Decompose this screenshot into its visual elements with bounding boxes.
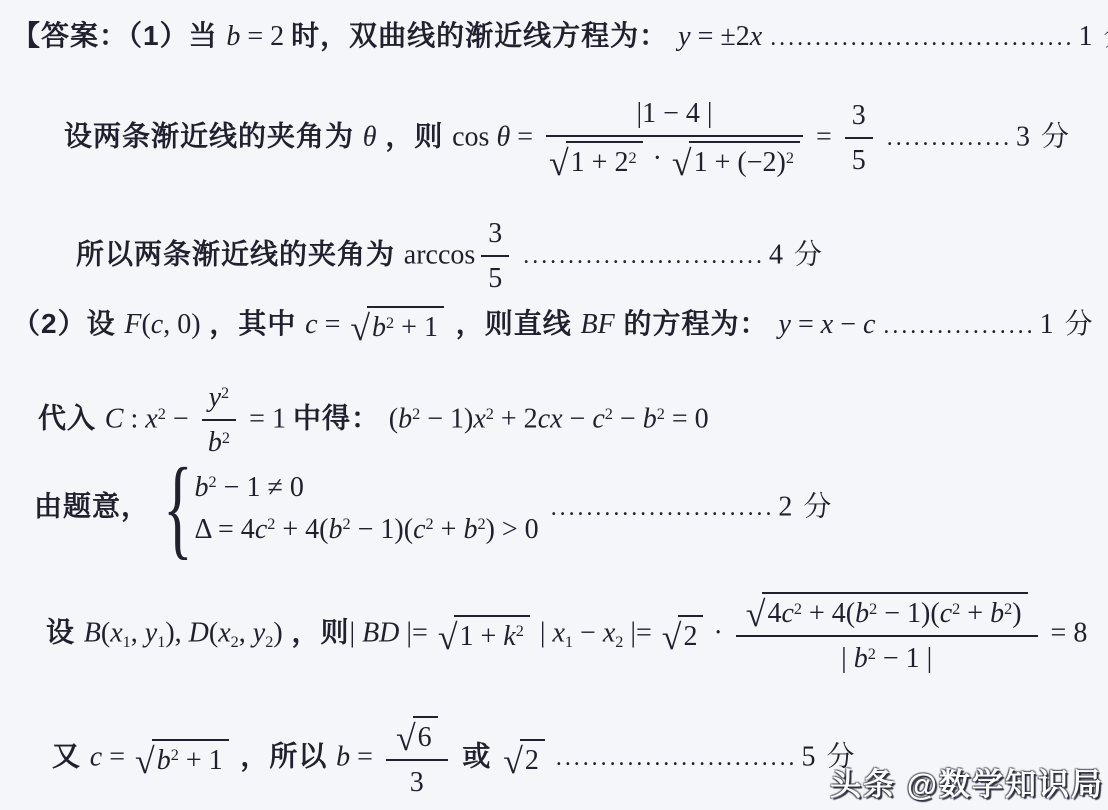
superscript: 2 <box>605 405 613 423</box>
math-variable: x <box>473 403 485 434</box>
math-variable: y <box>779 309 791 340</box>
radicand: b2 + 1 <box>367 306 444 345</box>
text-run: 或 <box>454 740 501 771</box>
square-root: √1 + k2 <box>438 615 530 654</box>
math-variable: cx <box>538 403 563 434</box>
system-rows: b2 − 1 ≠ 0Δ = 4c2 + 4(b2 − 1)(c2 + b2) >… <box>195 463 539 554</box>
math-run: ( <box>209 617 218 648</box>
superscript: 2 <box>343 515 351 533</box>
square-root: √b2 + 1 <box>135 739 229 778</box>
system-row: Δ = 4c2 + 4(b2 − 1)(c2 + b2) > 0 <box>195 512 539 547</box>
math-run: , <box>131 617 145 648</box>
math-run: − 1) <box>420 403 473 434</box>
math-variable: b <box>398 403 412 434</box>
subscript: 2 <box>615 633 623 651</box>
math-variable: θ <box>496 121 510 152</box>
math-variable: c <box>781 598 793 629</box>
superscript: 2 <box>221 384 229 402</box>
fraction-denominator: 5 <box>845 139 873 178</box>
square-root: √2 <box>662 615 704 654</box>
math-variable: x <box>218 617 230 648</box>
dot-leader: ................. <box>883 313 1035 339</box>
math-variable: b <box>463 514 477 545</box>
superscript: 2 <box>952 600 960 618</box>
line-6-conditions: 由题意， {b2 − 1 ≠ 0Δ = 4c2 + 4(b2 − 1)(c2 +… <box>34 462 833 554</box>
fraction-numerator: √6 <box>386 716 448 761</box>
superscript: 2 <box>868 645 876 663</box>
text-run: 【答案：（1）当 <box>12 20 226 51</box>
superscript: 2 <box>412 405 420 423</box>
math-run: |1 − 4 | <box>636 98 712 129</box>
toutiao-watermark: 头条 @数学知识局 <box>830 759 1104 804</box>
math-variable: c <box>413 514 425 545</box>
math-run: 1 + (−2) <box>694 147 786 178</box>
superscript: 2 <box>209 473 217 491</box>
math-run: ), <box>165 617 188 648</box>
math-run: 5 <box>488 263 502 294</box>
math-run: + 2 <box>494 403 538 434</box>
dot-leader: ........................... <box>556 745 798 771</box>
math-run: |= <box>623 617 658 648</box>
superscript: 2 <box>171 746 179 764</box>
score-label: 4 分 <box>769 239 824 270</box>
math-run: + <box>960 598 990 629</box>
math-run: | <box>533 617 553 648</box>
math-run: − <box>573 617 603 648</box>
text-run: 的方程为： <box>615 308 769 339</box>
math-variable: y <box>253 617 265 648</box>
fraction-numerator: y2 <box>202 380 237 421</box>
math-run: 6 <box>418 722 432 753</box>
math-run: = <box>102 741 132 772</box>
text-run: ，则 <box>283 616 350 647</box>
fraction-numerator: |1 − 4 | <box>546 96 803 137</box>
score-label: 2 分 <box>778 491 833 522</box>
math-variable: BD <box>362 617 399 648</box>
dot-leader: .............. <box>887 125 1012 151</box>
math-run: · <box>706 617 729 648</box>
math-run: cos <box>452 121 496 152</box>
fraction-denominator: b2 <box>202 421 237 460</box>
subscript: 1 <box>157 633 165 651</box>
math-variable: b <box>643 403 657 434</box>
superscript: 2 <box>869 600 877 618</box>
math-run: + 4( <box>275 514 328 545</box>
radicand: 6 <box>413 716 438 755</box>
math-variable: x <box>821 309 833 340</box>
score-label: 1 分 <box>1040 309 1095 340</box>
math-run: ) <box>273 617 282 648</box>
math-run: arccos <box>404 239 476 270</box>
math-run: ( <box>141 309 150 340</box>
math-run: + 1 <box>179 745 223 776</box>
fraction-denominator: 5 <box>481 257 509 296</box>
left-brace: { <box>163 462 193 554</box>
math-run: = <box>350 741 380 772</box>
text-run: ，所以 <box>232 740 337 771</box>
line-7-bd-length: 设 B(x1, y1), D(x2, y2) ，则| BD |= √1 + k2… <box>46 592 1087 676</box>
math-variable: b <box>855 598 869 629</box>
math-run: 3 <box>852 100 866 131</box>
math-run: = 8 <box>1044 617 1088 648</box>
math-run: |= <box>399 617 434 648</box>
math-run: | <box>841 643 854 674</box>
math-run: : <box>123 403 145 434</box>
line-4-line-bf: （2）设 F(c, 0) ，其中 c = √b2 + 1 ，则直线 BF 的方程… <box>12 306 1095 345</box>
system-row: b2 − 1 ≠ 0 <box>195 470 539 505</box>
fraction: √63 <box>386 716 448 800</box>
text-run: 代入 <box>38 402 105 433</box>
fraction-denominator: 3 <box>386 761 448 800</box>
superscript: 2 <box>386 314 394 332</box>
math-run: Δ = 4 <box>195 514 255 545</box>
math-variable: x <box>145 403 157 434</box>
math-run: = 2 <box>240 21 291 52</box>
superscript: 2 <box>486 405 494 423</box>
superscript: 2 <box>477 515 485 533</box>
math-run: − <box>833 309 863 340</box>
math-run: 1 + <box>459 621 503 652</box>
text-run: ，其中 <box>201 308 306 339</box>
math-run: = 1 <box>242 403 293 434</box>
superscript: 2 <box>628 149 636 167</box>
math-run: − <box>563 403 593 434</box>
math-variable: b <box>990 598 1004 629</box>
line-5-substitute: 代入 C : x2 − y2b2 = 1 中得： (b2 − 1)x2 + 2c… <box>38 380 709 460</box>
text-run: （2）设 <box>12 308 124 339</box>
math-variable: C <box>105 403 124 434</box>
square-root: √1 + 22 <box>549 141 643 180</box>
math-run: · <box>646 143 669 174</box>
math-run: 2 <box>683 621 697 652</box>
radicand: 2 <box>678 615 703 654</box>
fraction: 35 <box>481 216 509 296</box>
math-variable: B <box>84 617 101 648</box>
math-variable: c <box>940 598 952 629</box>
math-run: 3 <box>410 767 424 798</box>
math-variable: c <box>90 741 102 772</box>
fraction-numerator: 3 <box>481 216 509 257</box>
fraction-denominator: | b2 − 1 | <box>736 637 1038 676</box>
dot-leader: ........................... <box>523 243 765 269</box>
math-variable: b <box>226 21 240 52</box>
superscript: 2 <box>267 515 275 533</box>
math-run: 1 + 2 <box>571 147 629 178</box>
radicand: 4c2 + 4(b2 − 1)(c2 + b2) <box>762 592 1027 631</box>
superscript: 2 <box>786 149 794 167</box>
math-run: 2 <box>525 745 539 776</box>
math-run: − 1)( <box>351 514 413 545</box>
math-run: = <box>510 121 540 152</box>
radicand: 1 + 22 <box>566 141 643 180</box>
math-run: ( <box>101 617 110 648</box>
math-variable: x <box>750 21 762 52</box>
math-run: = 0 <box>665 403 709 434</box>
math-run: = <box>809 121 839 152</box>
math-variable: x <box>110 617 122 648</box>
math-variable: b <box>195 472 209 503</box>
math-run: = <box>791 309 821 340</box>
equation-system: {b2 − 1 ≠ 0Δ = 4c2 + 4(b2 − 1)(c2 + b2) … <box>163 462 539 554</box>
fraction: √4c2 + 4(b2 − 1)(c2 + b2)| b2 − 1 | <box>736 592 1038 676</box>
math-run: 5 <box>852 145 866 176</box>
math-run: − <box>166 403 196 434</box>
score-label: 1 分 <box>1079 21 1108 52</box>
math-run: − 1 | <box>876 643 932 674</box>
math-variable: y <box>209 382 221 413</box>
superscript: 2 <box>1004 600 1012 618</box>
superscript: 2 <box>516 622 524 640</box>
dot-leader: .................................. <box>770 25 1074 51</box>
subscript: 1 <box>565 633 573 651</box>
superscript: 2 <box>426 515 434 533</box>
math-run: ) > 0 <box>486 514 539 545</box>
superscript: 2 <box>222 429 230 447</box>
text-run: 设两条渐近线的夹角为 <box>64 120 363 151</box>
line-8-b-values: 又 c = √b2 + 1 ，所以 b = √63 或 √2..........… <box>52 716 857 800</box>
superscript: 2 <box>794 600 802 618</box>
fraction: 35 <box>845 98 873 178</box>
math-run: | <box>349 617 362 648</box>
fraction-numerator: √4c2 + 4(b2 − 1)(c2 + b2) <box>736 592 1038 637</box>
superscript: 2 <box>158 405 166 423</box>
math-variable: c <box>863 309 875 340</box>
text-run: ，则 <box>377 120 453 151</box>
text-run: 由题意， <box>34 490 159 521</box>
math-variable: θ <box>363 121 377 152</box>
text-run: 中得： <box>293 402 389 433</box>
math-variable: x <box>552 617 564 648</box>
math-variable: F <box>124 309 141 340</box>
text-run: ，则直线 <box>447 308 581 339</box>
math-variable: b <box>336 741 350 772</box>
math-run: − <box>613 403 643 434</box>
line-3-arccos: 所以两条渐近线的夹角为 arccos35....................… <box>76 216 824 296</box>
subscript: 2 <box>265 633 273 651</box>
line-2-cos-theta: 设两条渐近线的夹角为 θ ，则 cos θ = |1 − 4 |√1 + 22 … <box>64 96 1071 180</box>
math-variable: c <box>151 309 163 340</box>
math-run: + 1 <box>394 312 438 343</box>
superscript: 2 <box>657 405 665 423</box>
math-variable: y <box>678 21 690 52</box>
square-root: √2 <box>503 739 545 778</box>
radicand: b2 + 1 <box>152 739 229 778</box>
math-run: + <box>434 514 464 545</box>
fraction: |1 − 4 |√1 + 22 · √1 + (−2)2 <box>546 96 803 180</box>
score-label: 3 分 <box>1016 121 1071 152</box>
text-run: 所以两条渐近线的夹角为 <box>76 238 404 269</box>
square-root: √4c2 + 4(b2 − 1)(c2 + b2) <box>746 592 1028 631</box>
math-variable: D <box>189 617 209 648</box>
square-root: √1 + (−2)2 <box>672 141 800 180</box>
math-variable: x <box>603 617 615 648</box>
subscript: 1 <box>123 633 131 651</box>
math-variable: y <box>145 617 157 648</box>
math-variable: b <box>157 745 171 776</box>
math-variable: c <box>305 309 317 340</box>
math-variable: b <box>854 643 868 674</box>
math-variable: b <box>372 312 386 343</box>
math-run: , <box>239 617 253 648</box>
math-run: , 0) <box>163 309 200 340</box>
math-run: + 4( <box>802 598 855 629</box>
math-variable: BF <box>581 309 615 340</box>
square-root: √6 <box>396 716 438 755</box>
fraction-denominator: √1 + 22 · √1 + (−2)2 <box>546 137 803 180</box>
math-variable: c <box>255 514 267 545</box>
line-1-asymptote-equation: 【答案：（1）当 b = 2 时，双曲线的渐近线方程为：y = ±2x.....… <box>12 18 1108 54</box>
document-page: 【答案：（1）当 b = 2 时，双曲线的渐近线方程为：y = ±2x.....… <box>0 0 1108 810</box>
text-run: 设 <box>46 616 84 647</box>
radicand: 2 <box>520 739 545 778</box>
fraction: y2b2 <box>202 380 237 460</box>
math-run: ) <box>1012 598 1021 629</box>
fraction-numerator: 3 <box>845 98 873 139</box>
math-run: = ±2 <box>691 21 750 52</box>
math-run: 3 <box>488 218 502 249</box>
math-variable: c <box>592 403 604 434</box>
math-variable: k <box>503 621 515 652</box>
math-run: − 1)( <box>877 598 939 629</box>
square-root: √b2 + 1 <box>350 306 444 345</box>
math-run: 4 <box>767 598 781 629</box>
radicand: 1 + k2 <box>454 615 529 654</box>
math-run: = <box>318 309 348 340</box>
text-run: 时，双曲线的渐近线方程为： <box>291 20 668 51</box>
dot-leader: ......................... <box>551 495 775 521</box>
text-run: 又 <box>52 740 90 771</box>
radicand: 1 + (−2)2 <box>689 141 800 180</box>
subscript: 2 <box>231 633 239 651</box>
math-variable: b <box>208 427 222 458</box>
math-run: − 1 ≠ 0 <box>217 472 304 503</box>
math-run: ( <box>389 403 398 434</box>
math-variable: b <box>329 514 343 545</box>
